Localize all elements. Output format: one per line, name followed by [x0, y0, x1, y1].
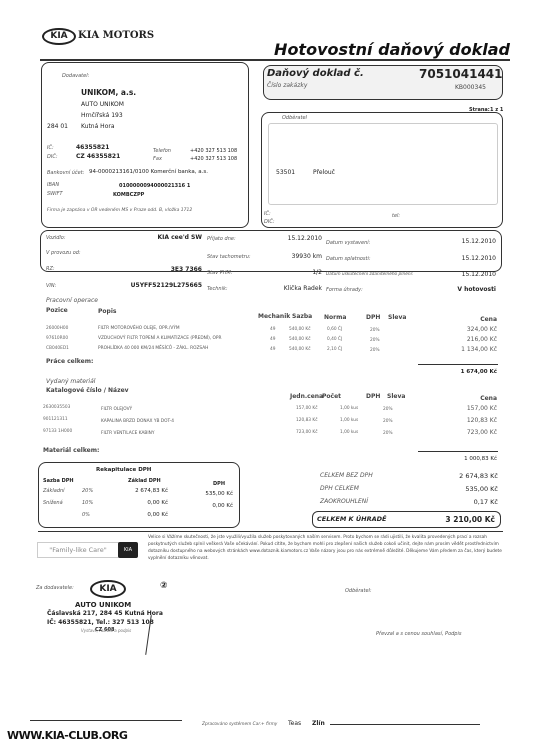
vat-base: 0,00 Kč [110, 512, 168, 518]
labor-col-mechanik: Mechanik [258, 313, 290, 320]
supplier-fax: +420 327 513 108 [190, 156, 237, 162]
kia-service-badge: KIA [118, 542, 138, 558]
system-text: Zpracováno systémem Car.+ firmy [202, 722, 277, 727]
vehicle-label: Vozidlo: [46, 235, 66, 241]
labor-norm: 0,40 ČJ [327, 337, 342, 342]
material-col-qty: Počet [322, 393, 341, 400]
labor-vat: 20% [370, 348, 380, 353]
supplier-name: UNIKOM, a.s. [81, 88, 136, 97]
due-date-label: Datum splatnosti: [326, 256, 371, 262]
due-date: 15.12.2010 [430, 255, 496, 262]
labor-mechanic: 49 [270, 327, 275, 332]
vat-total: 535,00 Kč [430, 485, 498, 493]
material-col-dph: DPH [366, 393, 380, 400]
grand-total-label: CELKEM K ÚHRADĚ [317, 515, 386, 523]
labor-rate: 540,00 Kč [289, 327, 311, 332]
customer-inner-frame [268, 123, 498, 205]
labor-price: 324,00 Kč [430, 326, 497, 333]
vat-rate-name: Základní [43, 488, 65, 494]
brand-name: KIA MOTORS [78, 30, 154, 41]
phone-label: Telefon [153, 148, 171, 154]
labor-rate: 540,00 Kč [289, 337, 311, 342]
customer-tel-label: tel: [392, 213, 400, 219]
material-catalog-number: 2630035503 [43, 405, 70, 410]
supplier-registry: Firma je zapsána v OR vedeném MS v Praze… [47, 208, 192, 213]
material-vat: 20% [383, 419, 393, 424]
totals-rule [38, 531, 503, 532]
odometer-value: 39930 km [265, 253, 322, 260]
labor-price: 1 134,00 Kč [430, 346, 497, 353]
supplier-zip: 284 01 [47, 123, 68, 130]
supplier-box [41, 62, 249, 228]
supplier-branch: AUTO UNIKOM [81, 101, 124, 108]
material-qty: 1,00 kus [340, 406, 358, 411]
labor-mechanic: 49 [270, 337, 275, 342]
document-title: Hotovostní daňový doklad [274, 40, 510, 59]
system-city: Zlín [312, 720, 325, 727]
labor-total-label: Práce celkem: [46, 358, 93, 365]
vat-col-rate: Sazba DPH [43, 478, 74, 484]
material-total-label: Materiál celkem: [43, 447, 99, 454]
material-price: 157,00 Kč [430, 405, 497, 412]
invoice-number: 7051041441 [419, 67, 503, 81]
watermark: WWW.KIA-CLUB.ORG [7, 729, 127, 742]
material-name: FILTR OLEJOVÝ [101, 407, 132, 412]
vat-base: 2 674,83 Kč [110, 488, 168, 494]
labor-col-sleva: Sleva [388, 314, 406, 321]
vin-label: VIN: [46, 283, 56, 289]
labor-col-cena: Cena [440, 316, 497, 323]
vat-col-base: Základ DPH [128, 478, 161, 484]
vat-base: 0,00 Kč [110, 500, 168, 506]
accept-text: Převzal a s cenou souhlasí, Podpis [376, 631, 461, 637]
vat-rate-percent: 10% [82, 500, 93, 506]
labor-col-pozice: Pozice [46, 307, 68, 314]
labor-vat: 20% [370, 338, 380, 343]
labor-col-dph: DPH [366, 314, 380, 321]
circled-number: ② [160, 581, 168, 591]
taxable-date-label: Datum uskutečnění zdanitelného plnění: [326, 272, 413, 277]
swift-label: SWIFT [47, 191, 63, 197]
received-label: Přijato dne: [207, 236, 236, 242]
labor-col-norma: Norma [324, 314, 346, 321]
supplier-label: Dodavatel: [62, 73, 89, 79]
material-name: KAPALINA BRZD DONAX YB DOT-4 [101, 419, 174, 424]
vehicle-plate: 3E3 7366 [130, 266, 202, 273]
grand-total: 3 210,00 Kč [420, 515, 495, 524]
material-qty: 1,00 kus [340, 418, 358, 423]
odometer-label: Stav tachometru: [207, 254, 251, 260]
labor-description: FILTR MOTOROVÉHO OLEJE, OPR./VÝM [98, 326, 180, 331]
received-date: 15.12.2010 [265, 235, 322, 242]
fuel-label: Stav PHM: [207, 270, 233, 276]
vehicle-model: KIA cee'd SW [130, 234, 202, 241]
taxable-date: 15.12.2010 [430, 271, 496, 278]
vat-total-label: DPH CELKEM [320, 485, 359, 492]
labor-total: 1 674,00 Kč [430, 369, 497, 375]
feedback-note: Velice si Vážíme skutečnosti, že jste vy… [148, 534, 513, 562]
iban-label: IBAN [47, 182, 59, 188]
supplier-city: Kutná Hora [81, 123, 115, 130]
material-col-sleva: Sleva [387, 393, 405, 400]
labor-norm: 0,60 ČJ [327, 327, 342, 332]
material-col-cena: Cena [440, 395, 497, 402]
stamp-kia-logo: KIA [90, 580, 126, 598]
supplier-street: Hrnčířská 193 [81, 112, 123, 119]
labor-section-title: Pracovní operace [46, 297, 98, 304]
rounding-label: ZAOKROUHLENÍ [320, 498, 368, 505]
material-col-unit: Jedn.cena [290, 393, 323, 400]
stamp-address: Čáslavská 217, 284 45 Kutná Hora [47, 610, 163, 617]
bottom-rule-left [30, 720, 182, 721]
labor-rate: 540,00 Kč [289, 347, 311, 352]
system-brand: Teas [288, 720, 301, 727]
technician-label: Technik: [207, 286, 228, 292]
fax-label: Fax [153, 156, 162, 162]
bank-label: Bankovní účet: [47, 170, 84, 176]
labor-mechanic: 49 [270, 347, 275, 352]
family-care-badge: "Family-like Care" [37, 542, 119, 558]
material-total: 1 000,83 Kč [430, 456, 497, 462]
vat-amount: 535,00 Kč [180, 491, 233, 497]
labor-price: 216,00 Kč [430, 336, 497, 343]
invoice-label: Daňový doklad č. [267, 68, 364, 79]
labor-total-rule [418, 364, 498, 365]
labor-position: 97610R00 [46, 336, 68, 341]
stamp-name: AUTO UNIKOM [75, 601, 131, 609]
material-price: 723,00 Kč [430, 429, 497, 436]
issue-date-label: Datum vystavení: [326, 240, 370, 246]
supplier-iban: 0100000094000021316 1 [119, 183, 190, 189]
plate-label: RZ: [46, 266, 55, 272]
labor-description: PROHLÍDKA 40 000 KM/24 MĚSÍCŮ - ZÁKL. RO… [98, 346, 208, 351]
net-total: 2 674,83 Kč [430, 472, 498, 480]
material-unit-price: 723,00 Kč [296, 430, 318, 435]
in-service-label: V provozu od: [46, 250, 81, 256]
customer-city: Přelouč [313, 169, 335, 176]
header-rule [40, 59, 510, 61]
stamp-sub: Vystavil, razítko a podpis [81, 628, 131, 633]
rounding-value: 0,17 Kč [430, 498, 498, 506]
customer-dic-label: DIČ: [264, 219, 275, 225]
ic-label: IČ: [47, 145, 54, 151]
bottom-rule-right [330, 724, 480, 725]
material-price: 120,83 Kč [430, 417, 497, 424]
material-section-title: Vydaný materiál [46, 378, 95, 385]
material-catalog-number: 97133 1H000 [43, 429, 72, 434]
material-vat: 20% [383, 407, 393, 412]
vat-rate-percent: 20% [82, 488, 93, 494]
material-col-catalog: Katalogové číslo / Název [46, 387, 129, 394]
material-vat: 20% [383, 431, 393, 436]
customer-ic-label: IČ: [264, 211, 271, 217]
vat-amount: 0,00 Kč [180, 503, 233, 509]
dic-label: DIČ: [47, 154, 58, 160]
supplier-swift: KOMBCZPP [113, 192, 144, 198]
labor-description: VZDUCHOVÝ FILTR TOPENÍ A KLIMATIZACE (PŘ… [98, 336, 221, 341]
labor-col-popis: Popis [98, 308, 116, 315]
payment-label: Forma úhrady: [326, 287, 363, 293]
fuel-value: 1/2 [265, 269, 322, 276]
material-qty: 1,00 kus [340, 430, 358, 435]
material-unit-price: 157,00 Kč [296, 406, 318, 411]
vat-rate-name: Snížená [43, 500, 63, 506]
vat-rate-percent: 0% [82, 512, 90, 518]
technician-name: Klička Radek [265, 285, 322, 292]
kia-logo: KIA [42, 28, 76, 45]
material-unit-price: 120,83 Kč [296, 418, 318, 423]
order-number: KB000345 [455, 84, 486, 91]
issue-date: 15.12.2010 [430, 238, 496, 245]
supplier-ic: 46355821 [76, 144, 109, 151]
material-name: FILTR VENTILACE KABINY [101, 431, 154, 436]
material-total-rule [418, 451, 498, 452]
supplier-signature-label: Za dodavatele: [36, 585, 74, 591]
customer-zip: 53501 [276, 169, 295, 176]
payment-method: V hotovosti [430, 286, 496, 293]
labor-norm: 2,10 ČJ [327, 347, 342, 352]
labor-col-sazba: Sazba [292, 313, 312, 320]
supplier-dic: CZ 46355821 [76, 153, 120, 160]
vehicle-vin: U5YFF52129L275665 [100, 282, 202, 289]
material-catalog-number: 901121311 [43, 417, 68, 422]
supplier-phone: +420 327 513 108 [190, 148, 237, 154]
stamp-ids: IČ: 46355821, Tel.: 327 513 108 [47, 619, 154, 626]
labor-position: 26000H00 [46, 326, 68, 331]
supplier-bank: 94-0000213161/0100 Komerční banka, a.s. [89, 169, 208, 175]
order-label: Číslo zakázky [267, 82, 307, 89]
net-total-label: CELKEM BEZ DPH [320, 472, 373, 479]
labor-position: CB040ED1 [46, 346, 69, 351]
customer-label: Odběratel [282, 115, 307, 121]
customer-signature-label: Odběratel: [345, 588, 372, 594]
vat-recap-title: Rekapitulace DPH [96, 467, 151, 473]
vat-col-vat: DPH [213, 481, 225, 487]
labor-vat: 20% [370, 328, 380, 333]
